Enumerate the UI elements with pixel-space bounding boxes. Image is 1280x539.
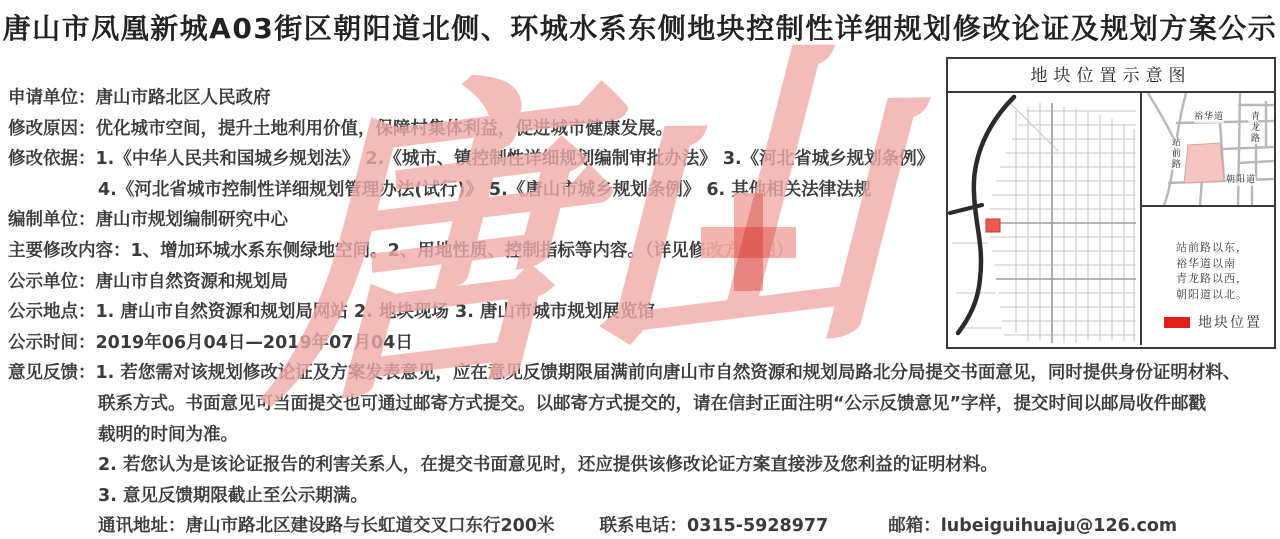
contact-part: 通讯地址：唐山市路北区建设路与长虹道交叉口东行200米 — [98, 511, 555, 539]
road-label-yuhua: 裕华道 — [1194, 113, 1224, 123]
city-map-graphic — [948, 93, 1140, 343]
road-label-zhanqian: 站前路 — [1169, 137, 1179, 170]
notice-row: 公示地点：1. 唐山市自然资源和规划局网站 2. 地块现场 3. 唐山市城市规划… — [0, 297, 945, 328]
contact-part: 邮箱：lubeiguihuaju@126.com — [888, 511, 1177, 539]
notice-row: 通讯地址：唐山市路北区建设路与长虹道交叉口东行200米联系电话：0315-592… — [0, 511, 945, 539]
note-line: 裕华道以南 — [1176, 256, 1248, 272]
road-label-chaoyang: 朝阳道 — [1226, 176, 1256, 186]
detail-map-graphic — [1142, 93, 1274, 205]
parcel-area — [1184, 143, 1224, 183]
map-title: 地块位置示意图 — [948, 59, 1274, 93]
parcel-marker — [986, 219, 1000, 232]
notice-row: 编制单位：唐山市规划编制研究中心 — [0, 205, 945, 236]
notice-row: 公示单位：唐山市自然资源和规划局 — [0, 267, 945, 298]
notice-row: 4.《河北省城市控制性详细规划管理办法(试行)》 5.《唐山市城乡规划条例》 6… — [0, 175, 945, 206]
legend-label: 地块位置 — [1198, 312, 1262, 332]
notice-row: 2. 若您认为是该论证报告的利害关系人，在提交书面意见时，还应提供该修改论证方案… — [0, 450, 945, 481]
map-legend: 地块位置 — [1164, 312, 1262, 332]
note-line: 朝阳道以北。 — [1176, 287, 1248, 303]
road-label-qinglong: 青龙路 — [1248, 111, 1258, 144]
parcel-boundary-note: 站前路以东，裕华道以南青龙路以西，朝阳道以北。 — [1176, 240, 1248, 302]
notice-row: 主要修改内容：1、增加环城水系东侧绿地空间。2、用地性质、控制指标等内容。（详见… — [0, 236, 945, 267]
note-line: 站前路以东， — [1176, 240, 1248, 256]
contact-part: 联系电话：0315-5928977 — [600, 511, 829, 539]
public-notice-page: 唐山市凤凰新城A03街区朝阳道北侧、环城水系东侧地块控制性详细规划修改论证及规划… — [0, 0, 1280, 539]
parcel-detail-map: 裕华道 站前路 青龙路 朝阳道 — [1142, 93, 1274, 207]
city-overview-map — [948, 93, 1142, 345]
page-title: 唐山市凤凰新城A03街区朝阳道北侧、环城水系东侧地块控制性详细规划修改论证及规划… — [0, 7, 1280, 47]
notice-row: 联系方式。书面意见可当面提交也可通过邮寄方式提交。以邮寄方式提交的，请在信封正面… — [0, 389, 945, 420]
notice-row: 修改依据：1.《中华人民共和国城乡规划法》 2.《城市、镇控制性详细规划编制审批… — [0, 144, 945, 175]
map-body: 裕华道 站前路 青龙路 朝阳道 站前路以东，裕华道以南青龙路以西，朝阳道以北。 … — [948, 93, 1274, 345]
notice-row: 载明的时间为准。 — [0, 420, 945, 451]
notice-row: 修改原因：优化城市空间，提升土地利用价值，保障村集体利益，促进城市健康发展。 — [0, 114, 945, 145]
notice-row: 3. 意见反馈期限截止至公示期满。 — [0, 481, 945, 512]
notice-row: 意见反馈：1. 若您需对该规划修改论证及方案发表意见，应在意见反馈期限届满前向唐… — [0, 358, 945, 389]
legend-swatch — [1164, 317, 1190, 328]
location-map-panel: 地块位置示意图 — [946, 57, 1276, 349]
note-line: 青龙路以西， — [1176, 271, 1248, 287]
notice-row: 公示时间：2019年06月04日—2019年07月04日 — [0, 328, 945, 359]
map-right-column: 裕华道 站前路 青龙路 朝阳道 站前路以东，裕华道以南青龙路以西，朝阳道以北。 … — [1142, 93, 1274, 345]
notice-row: 申请单位：唐山市路北区人民政府 — [0, 83, 945, 114]
map-note-area: 站前路以东，裕华道以南青龙路以西，朝阳道以北。 地块位置 — [1142, 207, 1274, 345]
notice-rows: 申请单位：唐山市路北区人民政府修改原因：优化城市空间，提升土地利用价值，保障村集… — [0, 83, 945, 539]
